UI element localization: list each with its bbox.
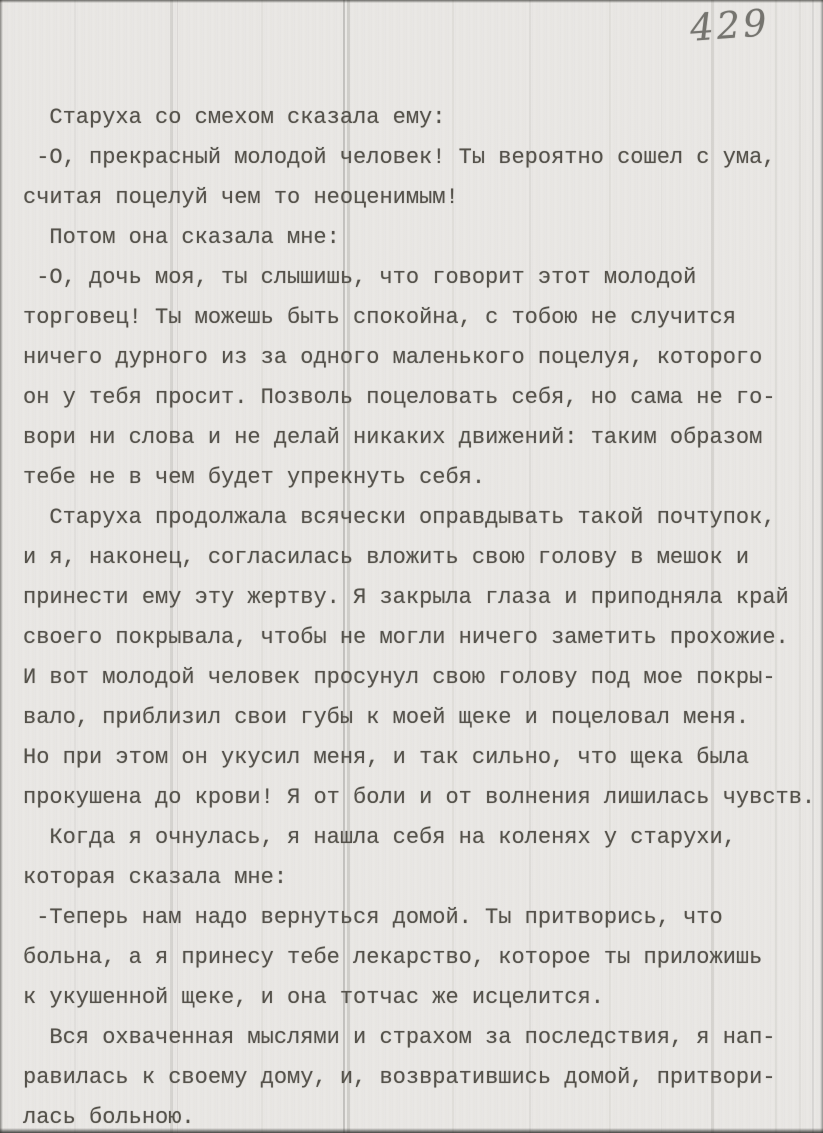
text-line: торговец! Ты можешь быть спокойна, с тоб… [23, 298, 818, 338]
text-line: И вот молодой человек просунул свою голо… [23, 658, 818, 698]
scan-edge-left [0, 0, 3, 1133]
text-line: -О, дочь моя, ты слышишь, что говорит эт… [23, 258, 818, 298]
scanned-page: 429 Старуха со смехом сказала ему:-О, пр… [0, 0, 823, 1133]
text-line: тебе не в чем будет упрекнуть себя. [23, 458, 818, 498]
text-line: Старуха со смехом сказала ему: [23, 98, 818, 138]
text-line: своего покрывала, чтобы не могли ничего … [23, 618, 818, 658]
text-line: вори ни слова и не делай никаких движени… [23, 418, 818, 458]
text-line: Потом она сказала мне: [23, 218, 818, 258]
typewriter-text: Старуха со смехом сказала ему:-О, прекра… [23, 98, 818, 1133]
text-line: считая поцелуй чем то неоценимым! [23, 178, 818, 218]
text-line: Но при этом он укусил меня, и так сильно… [23, 738, 818, 778]
text-line: которая сказала мне: [23, 858, 818, 898]
text-line: принести ему эту жертву. Я закрыла глаза… [23, 578, 818, 618]
text-line: и я, наконец, согласилась вложить свою г… [23, 538, 818, 578]
text-line: он у тебя просит. Позволь поцеловать себ… [23, 378, 818, 418]
text-line: равилась к своему дому, и, возвратившись… [23, 1058, 818, 1098]
text-line: лась больною. [23, 1098, 818, 1133]
text-line: ничего дурного из за одного маленького п… [23, 338, 818, 378]
handwritten-page-number: 429 [689, 1, 771, 49]
text-line: к укушенной щеке, и она тотчас же исцели… [23, 978, 818, 1018]
scan-edge-top [0, 0, 823, 3]
text-line: -О, прекрасный молодой человек! Ты вероя… [23, 138, 818, 178]
text-line: Когда я очнулась, я нашла себя на коленя… [23, 818, 818, 858]
text-line: прокушена до крови! Я от боли и от волне… [23, 778, 818, 818]
text-line: вало, приблизил свои губы к моей щеке и … [23, 698, 818, 738]
text-line: Вся охваченная мыслями и страхом за посл… [23, 1018, 818, 1058]
text-line: больна, а я принесу тебе лекарство, кото… [23, 938, 818, 978]
text-line: Старуха продолжала всячески оправдывать … [23, 498, 818, 538]
text-line: -Теперь нам надо вернуться домой. Ты при… [23, 898, 818, 938]
